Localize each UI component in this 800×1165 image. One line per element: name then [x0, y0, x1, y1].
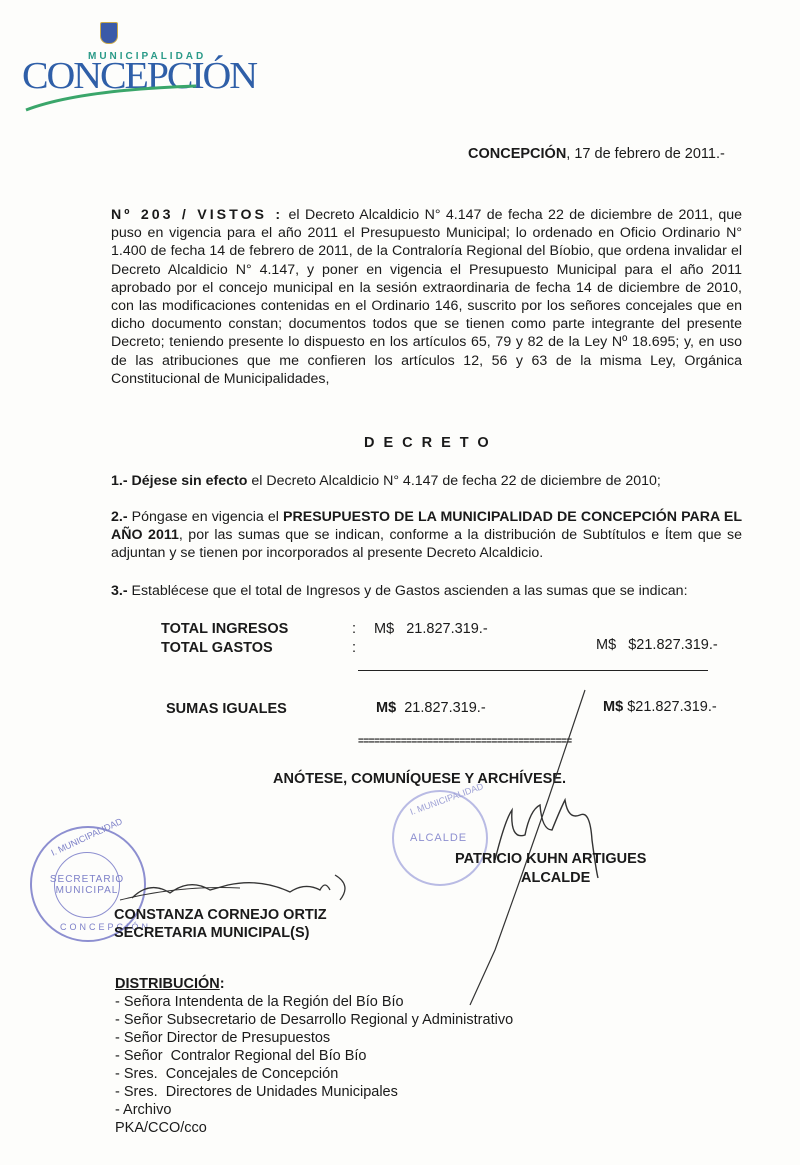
distribution-item: - Sres. Directores de Unidades Municipal…	[115, 1083, 513, 1101]
alcalde-name: PATRICIO KUHN ARTIGUES	[455, 851, 646, 867]
alcalde-title: ALCALDE	[521, 870, 590, 886]
distribution-title: DISTRIBUCIÓN	[115, 976, 220, 992]
distribution-item: - Señor Contralor Regional del Bío Bío	[115, 1047, 513, 1065]
initials: PKA/CCO/cco	[115, 1119, 513, 1137]
distribution-item: - Archivo	[115, 1101, 513, 1119]
distribution-item: - Señor Subsecretario de Desarrollo Regi…	[115, 1011, 513, 1029]
distribution-items: - Señora Intendenta de la Región del Bío…	[115, 993, 513, 1119]
secretaria-title: SECRETARIA MUNICIPAL(S)	[114, 925, 309, 941]
secretaria-name: CONSTANZA CORNEJO ORTIZ	[114, 907, 327, 923]
distribution-item: - Sres. Concejales de Concepción	[115, 1065, 513, 1083]
distribution-item: - Señor Director de Presupuestos	[115, 1029, 513, 1047]
distribution-item: - Señora Intendenta de la Región del Bío…	[115, 993, 513, 1011]
colon: :	[220, 976, 225, 992]
distribution-list: DISTRIBUCIÓN: - Señora Intendenta de la …	[115, 975, 513, 1137]
